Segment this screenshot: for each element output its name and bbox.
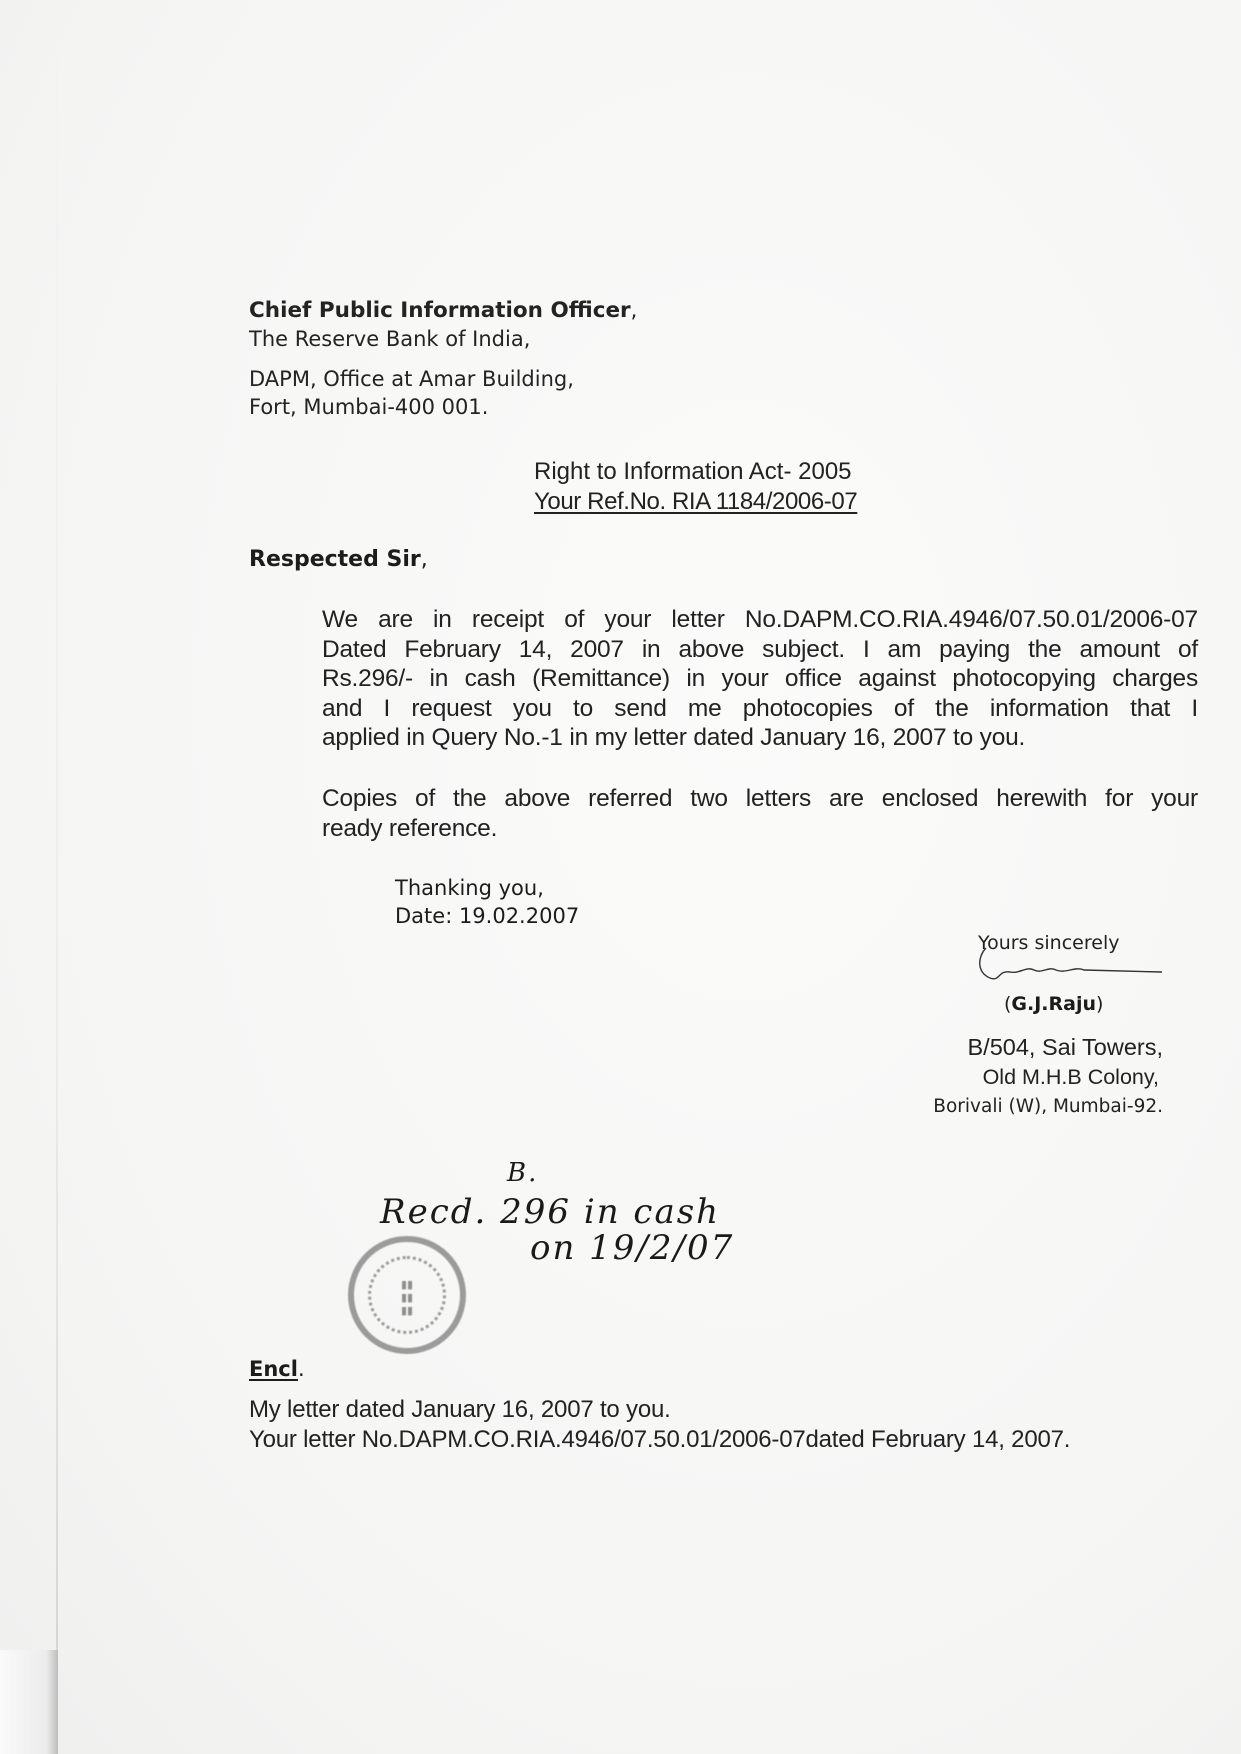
enclosures-heading: Encl. [249,1357,305,1381]
body-line: Dated February 14, 2007 in above subject… [322,635,1198,665]
body-line: applied in Query No.-1 in my letter date… [322,723,1198,753]
handwritten-note-line-2: on 19/2/07 [530,1228,734,1268]
body-line: Rs.296/- in cash (Remittance) in your of… [322,664,1198,694]
enclosures-heading-punct: . [298,1357,305,1381]
enclosure-item: My letter dated January 16, 2007 to you. [249,1395,1070,1425]
recipient-title-line: Chief Public Information Officer, [249,296,637,325]
subject-block: Right to Information Act- 2005 Your Ref.… [534,457,857,517]
signatory-name: G.J.Raju [1011,993,1096,1015]
recipient-line-city: Fort, Mumbai-400 001. [249,393,637,421]
stamp-center-mark: ▮▮▮▮▮▮ [354,1278,460,1317]
enclosures-heading-text: Encl [249,1357,298,1381]
body-paragraph-1: We are in receipt of your letter No.DAPM… [322,605,1198,753]
body-line: Copies of the above referred two letters… [322,784,1198,814]
subject-reference: Your Ref.No. RIA 1184/2006-07 [534,487,857,517]
recipient-block: Chief Public Information Officer, The Re… [249,296,637,421]
scan-edge-shadow [56,0,58,1754]
body-paragraph-2: Copies of the above referred two letters… [322,784,1198,843]
salutation-punct: , [421,547,428,572]
sender-address-line: B/504, Sai Towers, [933,1032,1163,1062]
signatory-name-line: (G.J.Raju) [1004,993,1103,1015]
body-line: and I request you to send me photocopies… [322,694,1198,724]
sender-address-line: Old M.H.B Colony, [933,1062,1159,1092]
recipient-line-bank: The Reserve Bank of India, [249,325,637,353]
closing-date: Date: 19.02.2007 [395,902,579,930]
body-line: ready reference. [322,814,1198,844]
scan-corner-shadow [0,1650,58,1754]
subject-act: Right to Information Act- 2005 [534,457,857,487]
closing-block: Thanking you, Date: 19.02.2007 [395,874,579,930]
signature-icon: G.J.Raju (signed) [976,946,1166,986]
handwritten-note-line-1: Recd. 296 in cash [380,1192,720,1232]
enclosure-item: Your letter No.DAPM.CO.RIA.4946/07.50.01… [249,1425,1070,1455]
sender-address-line: Borivali (W), Mumbai-92. [933,1092,1163,1122]
handwritten-initials: B. [507,1158,538,1188]
bank-stamp-icon: ▮▮▮▮▮▮ [348,1236,466,1354]
paren-close: ) [1096,993,1103,1015]
scanned-letter-page: Chief Public Information Officer, The Re… [0,0,1241,1754]
salutation: Respected Sir, [249,547,428,572]
recipient-title: Chief Public Information Officer [249,298,631,323]
recipient-title-punct: , [631,298,638,322]
salutation-text: Respected Sir [249,547,421,572]
body-line: We are in receipt of your letter No.DAPM… [322,605,1198,635]
recipient-line-office: DAPM, Office at Amar Building, [249,365,637,393]
closing-thanks: Thanking you, [395,874,579,902]
sender-address: B/504, Sai Towers, Old M.H.B Colony, Bor… [933,1032,1163,1122]
enclosures-list: My letter dated January 16, 2007 to you.… [249,1395,1070,1455]
